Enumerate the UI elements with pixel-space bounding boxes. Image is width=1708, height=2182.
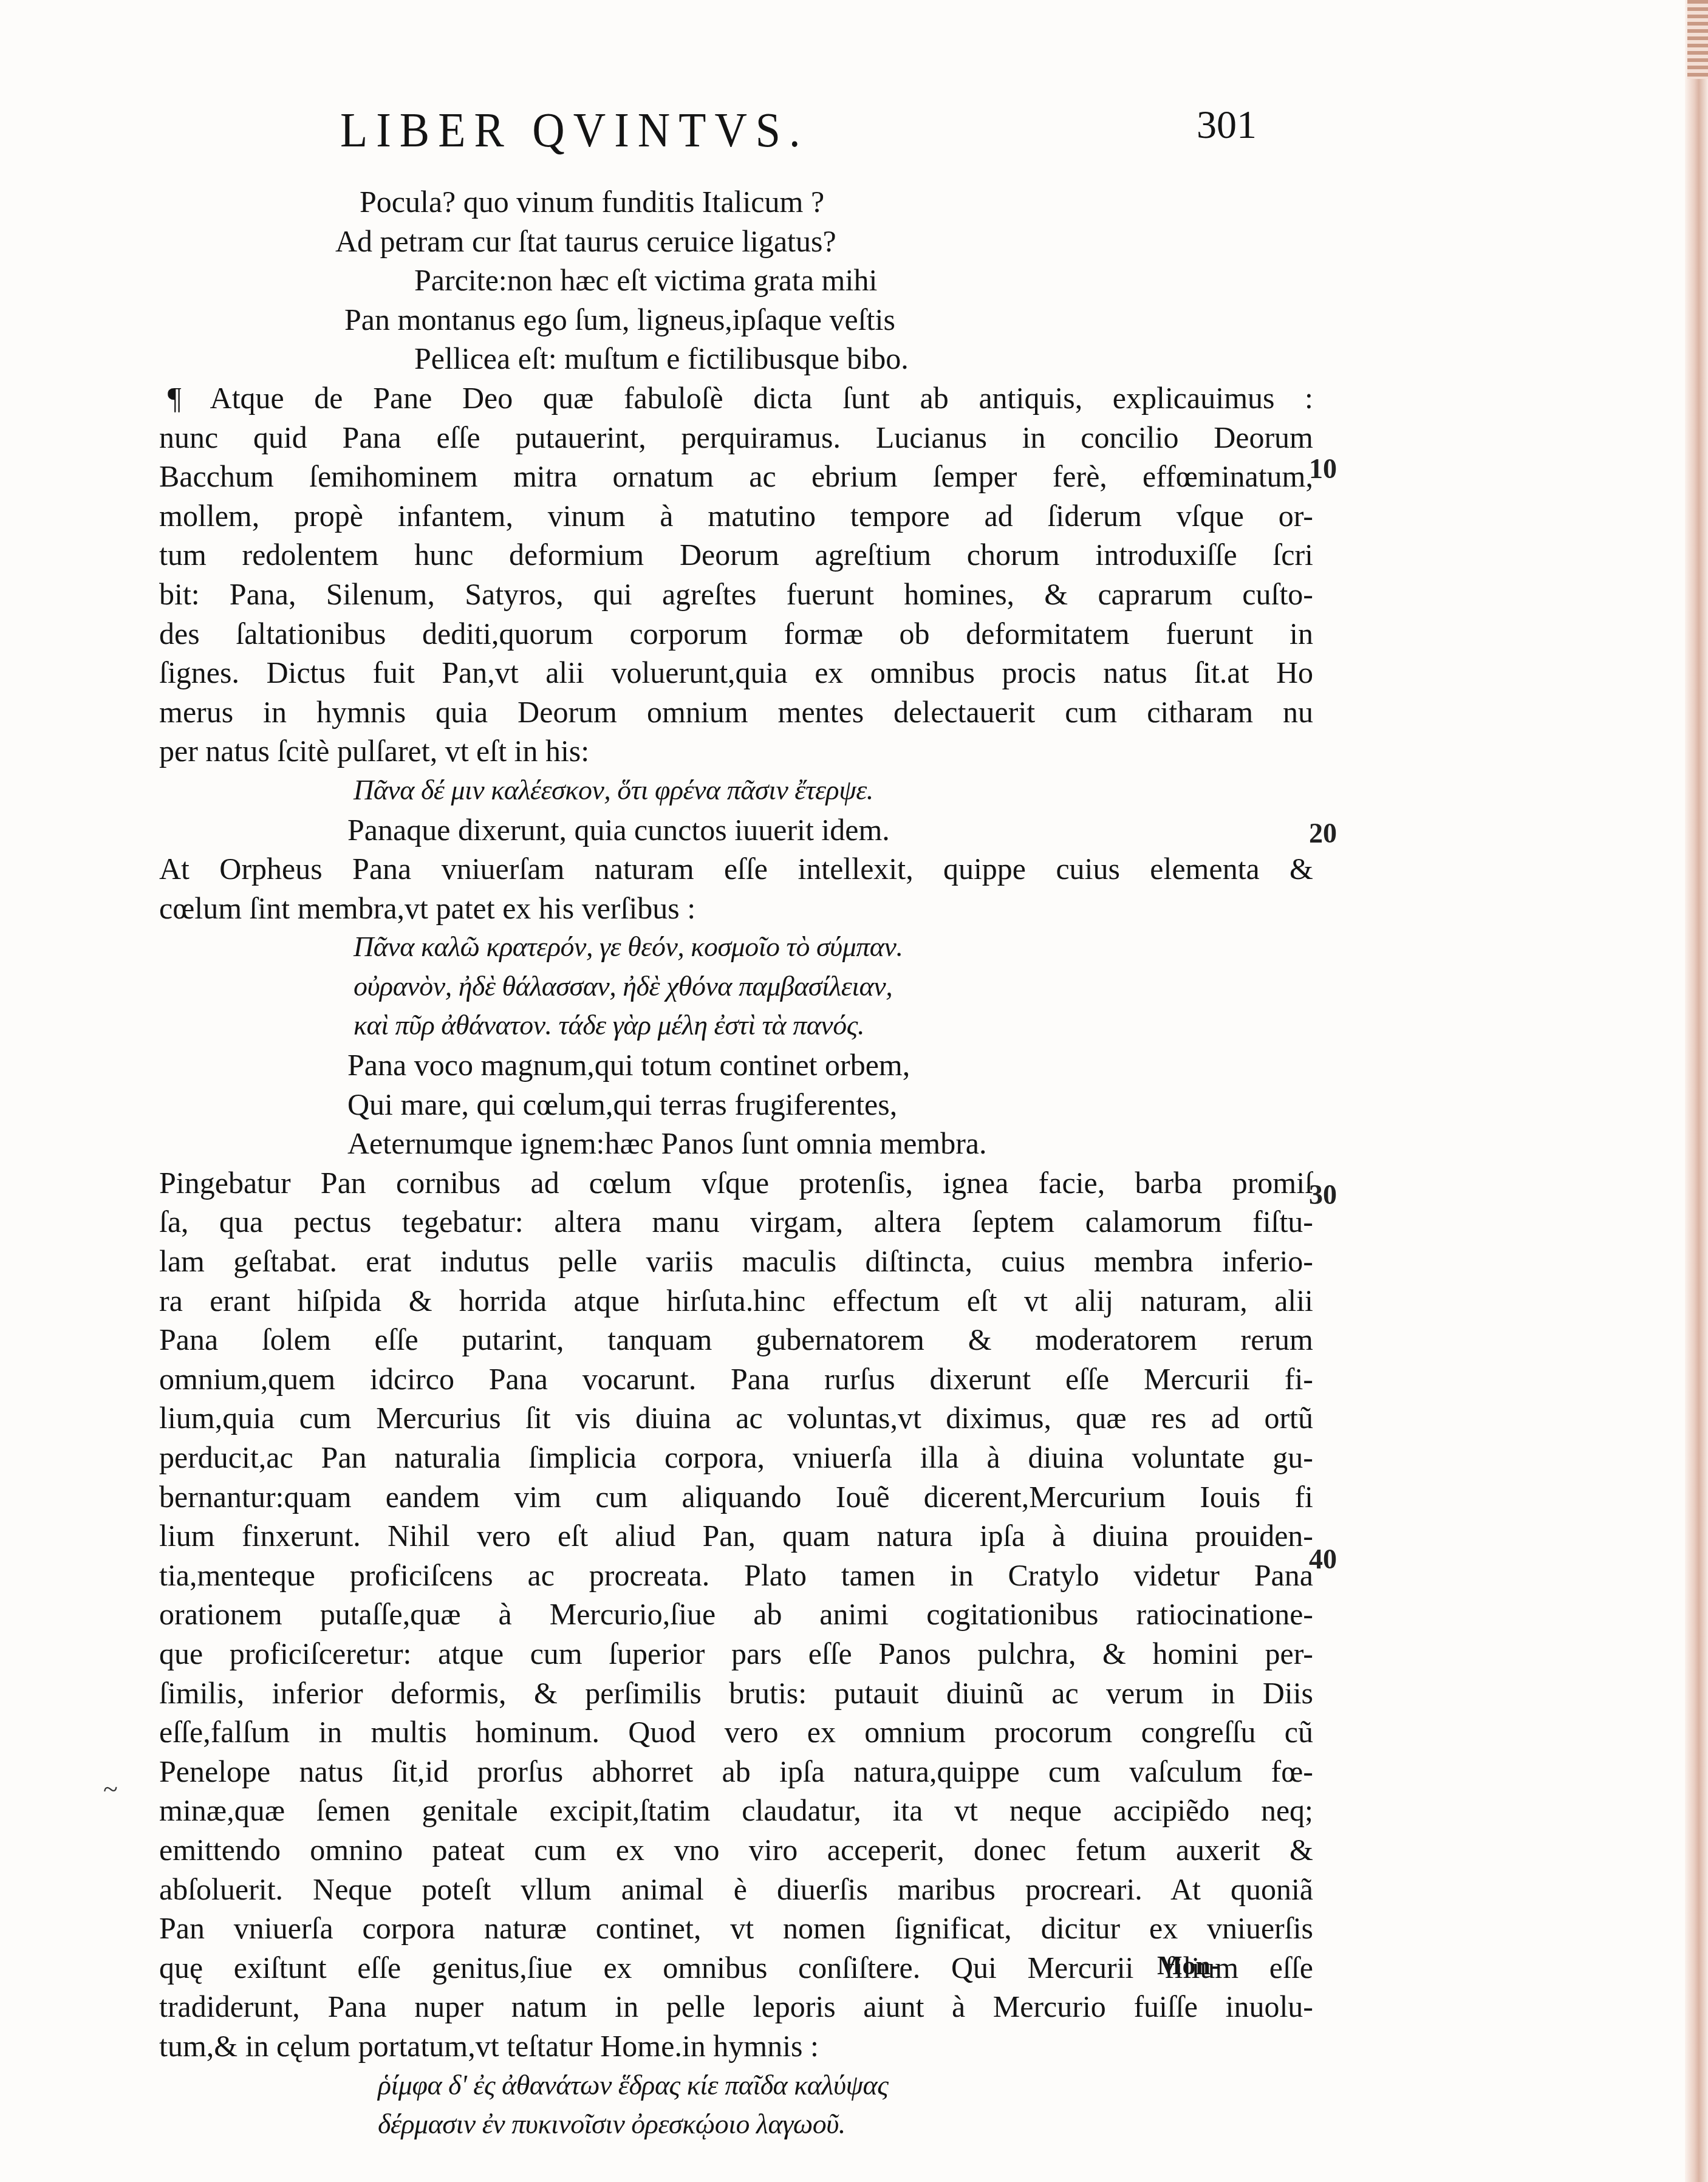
page-number: 301 [1197,102,1257,148]
paragraph-line: ra erant hiſpida & horrida atque hirſuta… [159,1281,1313,1321]
paragraph-line: tradiderunt, Pana nuper natum in pelle l… [159,1987,1313,2026]
paragraph-line: bernantur:quam eandem vim cum aliquando … [159,1477,1313,1517]
line-number-20: 20 [1309,817,1337,849]
paragraph-line: ſignes. Dictus fuit Pan,vt alii voluerun… [159,653,1313,693]
paragraph-line: Pan vniuerſa corpora naturæ continet, vt… [159,1909,1313,1948]
paragraph-line: lium finxerunt. Nihil vero eſt aliud Pan… [159,1516,1313,1556]
margin-dash-mark: ~ [103,1774,118,1805]
verse-line: Pan montanus ego ſum, ligneus,ipſaque ve… [159,300,1313,340]
paragraph-line: perducit,ac Pan naturalia ſimplicia corp… [159,1438,1313,1477]
paragraph-line: minæ,quæ ſemen genitale excipit,ſtatim c… [159,1791,1313,1830]
paragraph-line: orationem putaſſe,quæ à Mercurio,ſiue ab… [159,1595,1313,1634]
greek-verse-line: Πᾶνα δέ μιν καλέεσκον, ὅτι φρένα πᾶσιν ἔ… [159,771,1313,810]
paragraph-line: abſoluerit. Neque poteſt vllum animal è … [159,1870,1313,1909]
line-number-40: 40 [1309,1543,1337,1575]
page-edge-top [1687,0,1708,79]
paragraph-line: bit: Pana, Silenum, Satyros, qui agreſte… [159,575,1313,614]
paragraph-line: que proficiſceretur: atque cum ſuperior … [159,1634,1313,1674]
paragraph-line: tia,menteque proficiſcens ac procreata. … [159,1556,1313,1595]
paragraph-line: tum,& in cęlum portatum,vt teſtatur Home… [159,2026,1313,2066]
verse-line: Parcite:non hæc eſt victima grata mihi [159,261,1313,300]
running-title: LIBER QVINTVS. [340,102,809,159]
paragraph-line: Penelope natus ſit,id prorſus abhorret a… [159,1752,1313,1791]
greek-verse-line: ῥίμφα δ' ἐς ἀθανάτων ἕδρας κίε παῖδα καλ… [159,2066,1313,2105]
paragraph-line: lium,quia cum Mercurius ſit vis diuina a… [159,1398,1313,1438]
paragraph-line: tum redolentem hunc deformium Deorum agr… [159,535,1313,575]
verse-line: Qui mare, qui cœlum,qui terras frugifere… [159,1085,1313,1124]
line-number-30: 30 [1309,1178,1337,1211]
greek-verse-line: Πᾶνα καλῶ κρατερόν, γε θεόν, κοσμοῖο τὸ … [159,928,1313,967]
paragraph-line: At Orpheus Pana vniuerſam naturam eſſe i… [159,849,1313,889]
paragraph-line: per natus ſcitè pulſaret, vt eſt in his: [159,731,1313,771]
paragraph-line: Bacchum ſemihominem mitra ornatum ac ebr… [159,457,1313,496]
verse-line: Pellicea eſt: muſtum e fictilibusque bib… [159,339,1313,378]
text-block: Pocula? quo vinum funditis Italicum ? Ad… [159,182,1313,2144]
verse-line: Panaque dixerunt, quia cunctos iuuerit i… [159,810,1313,850]
paragraph-line: Pingebatur Pan cornibus ad cœlum vſque p… [159,1163,1313,1203]
paragraph-line: lam geſtabat. erat indutus pelle variis … [159,1242,1313,1281]
paragraph-line: nunc quid Pana eſſe putauerint, perquira… [159,418,1313,457]
paragraph-line: quę exiſtunt eſſe genitus,ſiue ex omnibu… [159,1948,1313,1988]
verse-line: Pocula? quo vinum funditis Italicum ? [159,182,1313,222]
greek-verse-line: οὐρανὸν, ἠδὲ θάλασσαν, ἠδὲ χθόνα παμβασί… [159,967,1313,1007]
paragraph-line: Pana ſolem eſſe putarint, tanquam gubern… [159,1320,1313,1359]
paragraph-line: emittendo omnino pateat cum ex vno viro … [159,1830,1313,1870]
page-header: LIBER QVINTVS. 301 [340,102,1312,163]
paragraph-line: mollem, propè infantem, vinum à matutino… [159,496,1313,536]
paragraph-line: des ſaltationibus dediti,quorum corporum… [159,614,1313,654]
paragraph-line: ſimilis, inferior deformis, & perſimilis… [159,1674,1313,1713]
greek-verse-line: δέρμασιν ἐν πυκινοῖσιν ὀρεσκῴοιο λαγωοῦ. [159,2105,1313,2144]
catchword: Mon- [1157,1950,1220,1981]
paragraph-line: ſa, qua pectus tegebatur: altera manu vi… [159,1202,1313,1242]
verse-line: Pana voco magnum,qui totum continet orbe… [159,1045,1313,1085]
paragraph-line: cœlum ſint membra,vt patet ex his verſib… [159,889,1313,928]
paragraph-line: omnium,quem idcirco Pana vocarunt. Pana … [159,1359,1313,1399]
paragraph-line: merus in hymnis quia Deorum omnium mente… [159,693,1313,732]
page-edge [1685,0,1708,2182]
verse-line: Aeternumque ignem:hæc Panos ſunt omnia m… [159,1124,1313,1163]
verse-line: Ad petram cur ſtat taurus ceruice ligatu… [159,222,1313,261]
paragraph-line: ¶ Atque de Pane Deo quæ fabuloſè dicta ſ… [159,378,1313,418]
paragraph-line: eſſe,falſum in multis hominum. Quod vero… [159,1712,1313,1752]
line-number-10: 10 [1309,453,1337,485]
greek-verse-line: καὶ πῦρ ἀθάνατον. τάδε γὰρ μέλη ἐστὶ τὰ … [159,1006,1313,1045]
